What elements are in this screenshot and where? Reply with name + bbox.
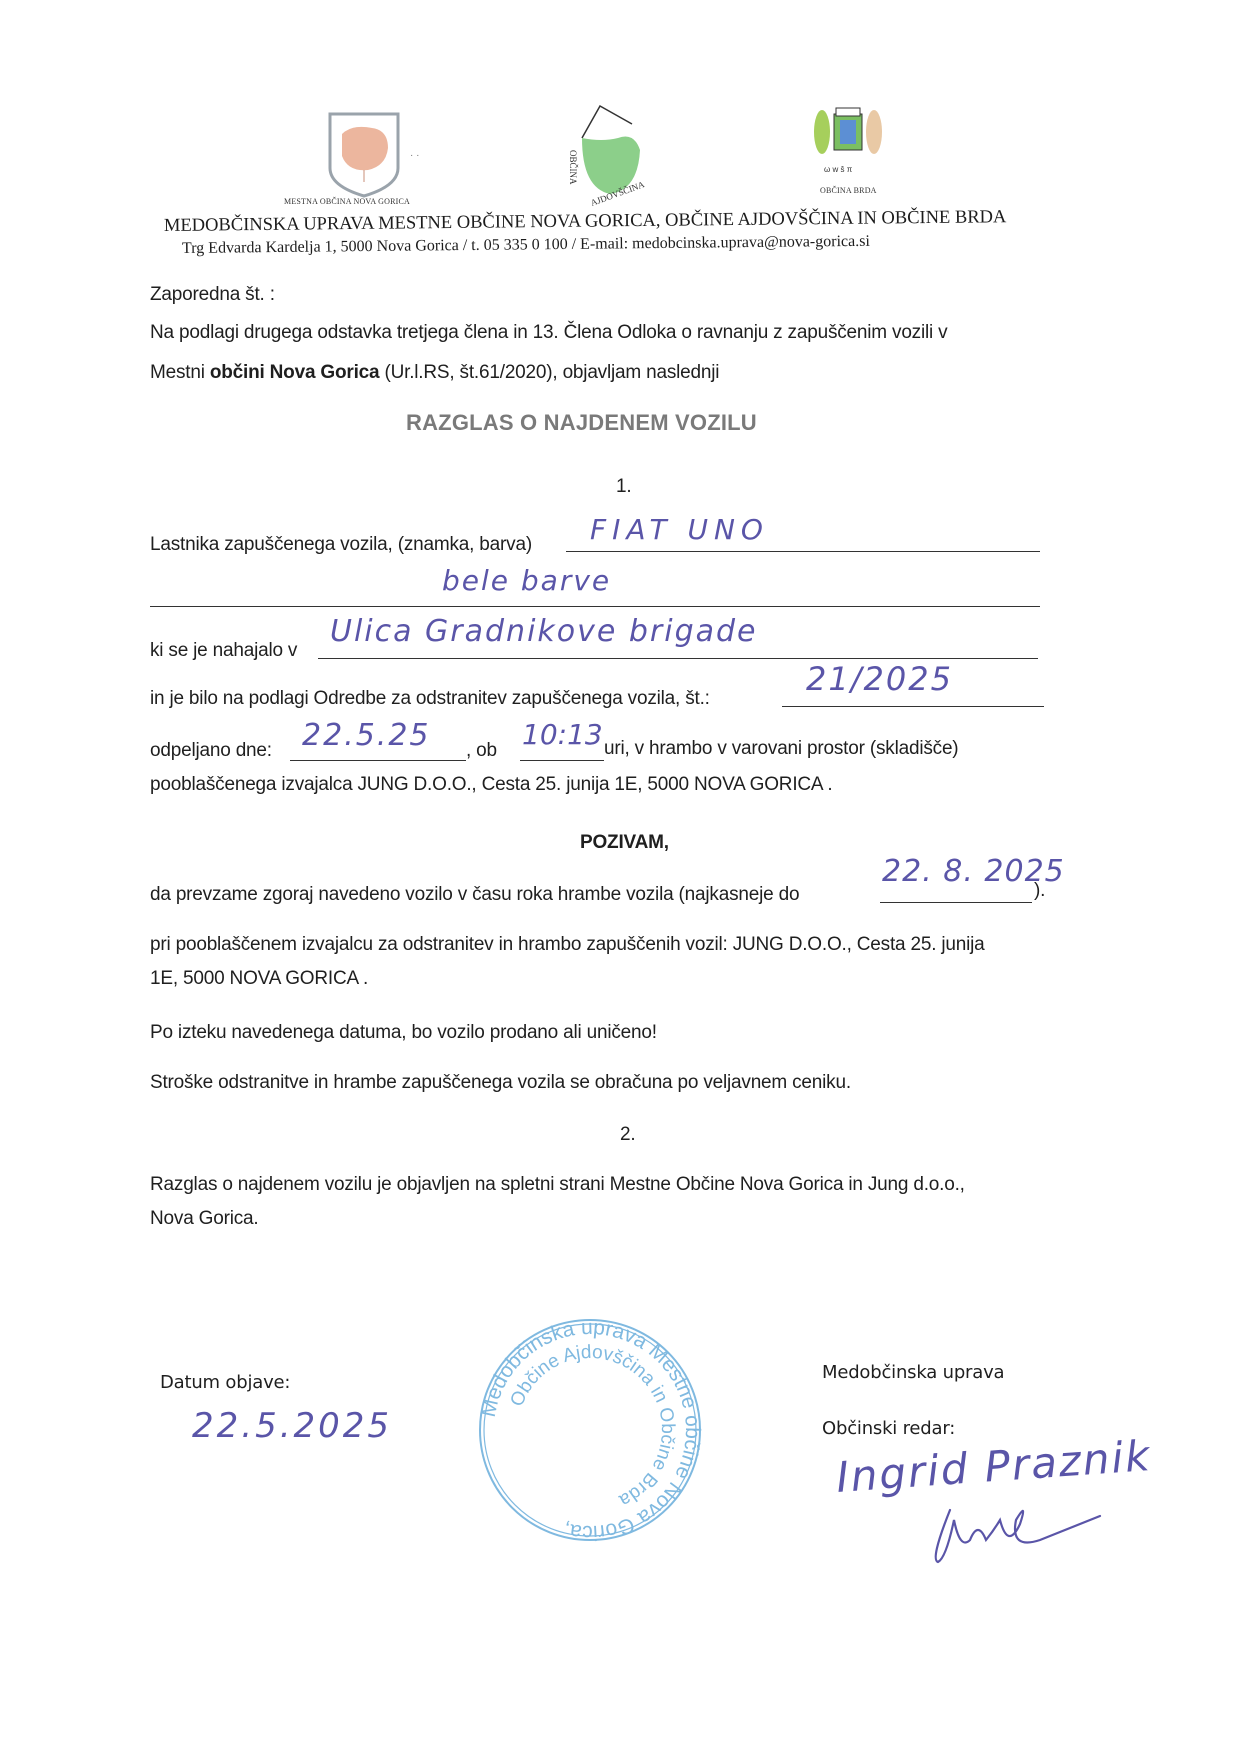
logo-brda: ω w ŝ π OBČINA BRDA <box>808 98 908 198</box>
coat-of-arms-ajdovscina-icon: OBČINA AJDOVŠČINA <box>552 98 672 218</box>
deadline-field: 22. 8. 2025 <box>880 868 1032 903</box>
location-value: Ulica Gradnikove brigade <box>330 614 758 649</box>
intro-line-1: Na podlagi drugega odstavka tretjega čle… <box>150 322 947 344</box>
towed-time-field: 10:13 <box>520 726 604 761</box>
intro-line-2-pre: Mestni <box>150 362 210 383</box>
towed-date-field: 22.5.25 <box>290 726 466 761</box>
invite-text: da prevzame zgoraj navedeno vozilo v čas… <box>150 884 799 906</box>
svg-text:ω w ŝ π: ω w ŝ π <box>824 165 853 174</box>
vehicle-make-field: FIAT UNO <box>566 515 1040 552</box>
document-title: RAZGLAS O NAJDENEM VOZILU <box>406 410 757 436</box>
invite-close: ). <box>1034 880 1045 902</box>
towed-label: odpeljano dne: <box>150 740 272 762</box>
vehicle-color-field: bele barve <box>150 570 1040 607</box>
warning-text: Po izteku navedenega datuma, bo vozilo p… <box>150 1022 657 1044</box>
publication-line-2: Nova Gorica. <box>150 1208 258 1230</box>
towed-date-value: 22.5.25 <box>302 718 431 753</box>
institution-address: Trg Edvarda Kardelja 1, 5000 Nova Gorica… <box>182 233 870 258</box>
serial-number-label: Zaporedna št. : <box>150 284 275 306</box>
logo-ajdovscina: OBČINA AJDOVŠČINA <box>552 98 672 218</box>
contractor-line-2a: pri pooblaščenem izvajalcu za odstranite… <box>150 934 985 956</box>
vehicle-color-value: bele barve <box>442 564 611 597</box>
intro-line-2-post: (Ur.l.RS, št.61/2020), objavljam nasledn… <box>379 362 719 383</box>
contractor-line: pooblaščenega izvajalca JUNG D.O.O., Ces… <box>150 774 833 796</box>
official-stamp: Medobčinska uprava Mestne občine Nova Go… <box>470 1316 710 1544</box>
svg-text:OBČINA: OBČINA <box>568 150 578 185</box>
intro-line-2-bold: občini Nova Gorica <box>210 362 380 383</box>
location-field: Ulica Gradnikove brigade <box>318 622 1038 659</box>
vehicle-make-value: FIAT UNO <box>590 513 769 546</box>
coat-of-arms-brda-icon: ω w ŝ π <box>808 98 888 178</box>
order-number-field: 21/2025 <box>782 670 1044 707</box>
towed-suffix: uri, v hrambo v varovani prostor (skladi… <box>604 738 958 760</box>
section-1-number: 1. <box>616 476 631 498</box>
section-2-number: 2. <box>620 1124 635 1146</box>
signature-icon <box>920 1490 1120 1570</box>
officer-label: Občinski redar: <box>822 1418 955 1439</box>
publication-date-value: 22.5.2025 <box>192 1406 392 1446</box>
towed-time-value: 10:13 <box>522 718 603 751</box>
invite-heading: POZIVAM, <box>580 832 669 854</box>
intro-line-2: Mestni občini Nova Gorica (Ur.l.RS, št.6… <box>150 362 719 384</box>
institution-name: MEDOBČINSKA UPRAVA MESTNE OBČINE NOVA GO… <box>164 207 1007 237</box>
order-label: in je bilo na podlagi Odredbe za odstran… <box>150 688 710 710</box>
logo-caption-nova-gorica: MESTNA OBČINA NOVA GORICA <box>284 197 410 206</box>
stamp-seal-icon: Medobčinska uprava Mestne občine Nova Go… <box>470 1316 710 1544</box>
owner-label: Lastnika zapuščenega vozila, (znamka, ba… <box>150 534 532 556</box>
location-label: ki se je nahajalo v <box>150 640 297 662</box>
logo-caption-brda: OBČINA BRDA <box>820 186 877 195</box>
towed-at-label: , ob <box>466 740 497 762</box>
org-label: Medobčinska uprava <box>822 1362 1004 1383</box>
publication-date-label: Datum objave: <box>160 1372 290 1393</box>
contractor-line-2b: 1E, 5000 NOVA GORICA . <box>150 968 368 990</box>
officer-signature-scribble <box>920 1490 1120 1570</box>
decorative-dots: · · <box>410 150 460 170</box>
costs-text: Stroške odstranitve in hrambe zapuščeneg… <box>150 1072 851 1094</box>
stamp-inner-text: Občine Ajdovščina in Občine Brda <box>507 1342 679 1511</box>
publication-line-1: Razglas o najdenem vozilu je objavljen n… <box>150 1174 965 1196</box>
svg-text:Občine Ajdovščina in Občine Br: Občine Ajdovščina in Občine Brda <box>507 1342 679 1511</box>
order-number-value: 21/2025 <box>806 660 953 698</box>
